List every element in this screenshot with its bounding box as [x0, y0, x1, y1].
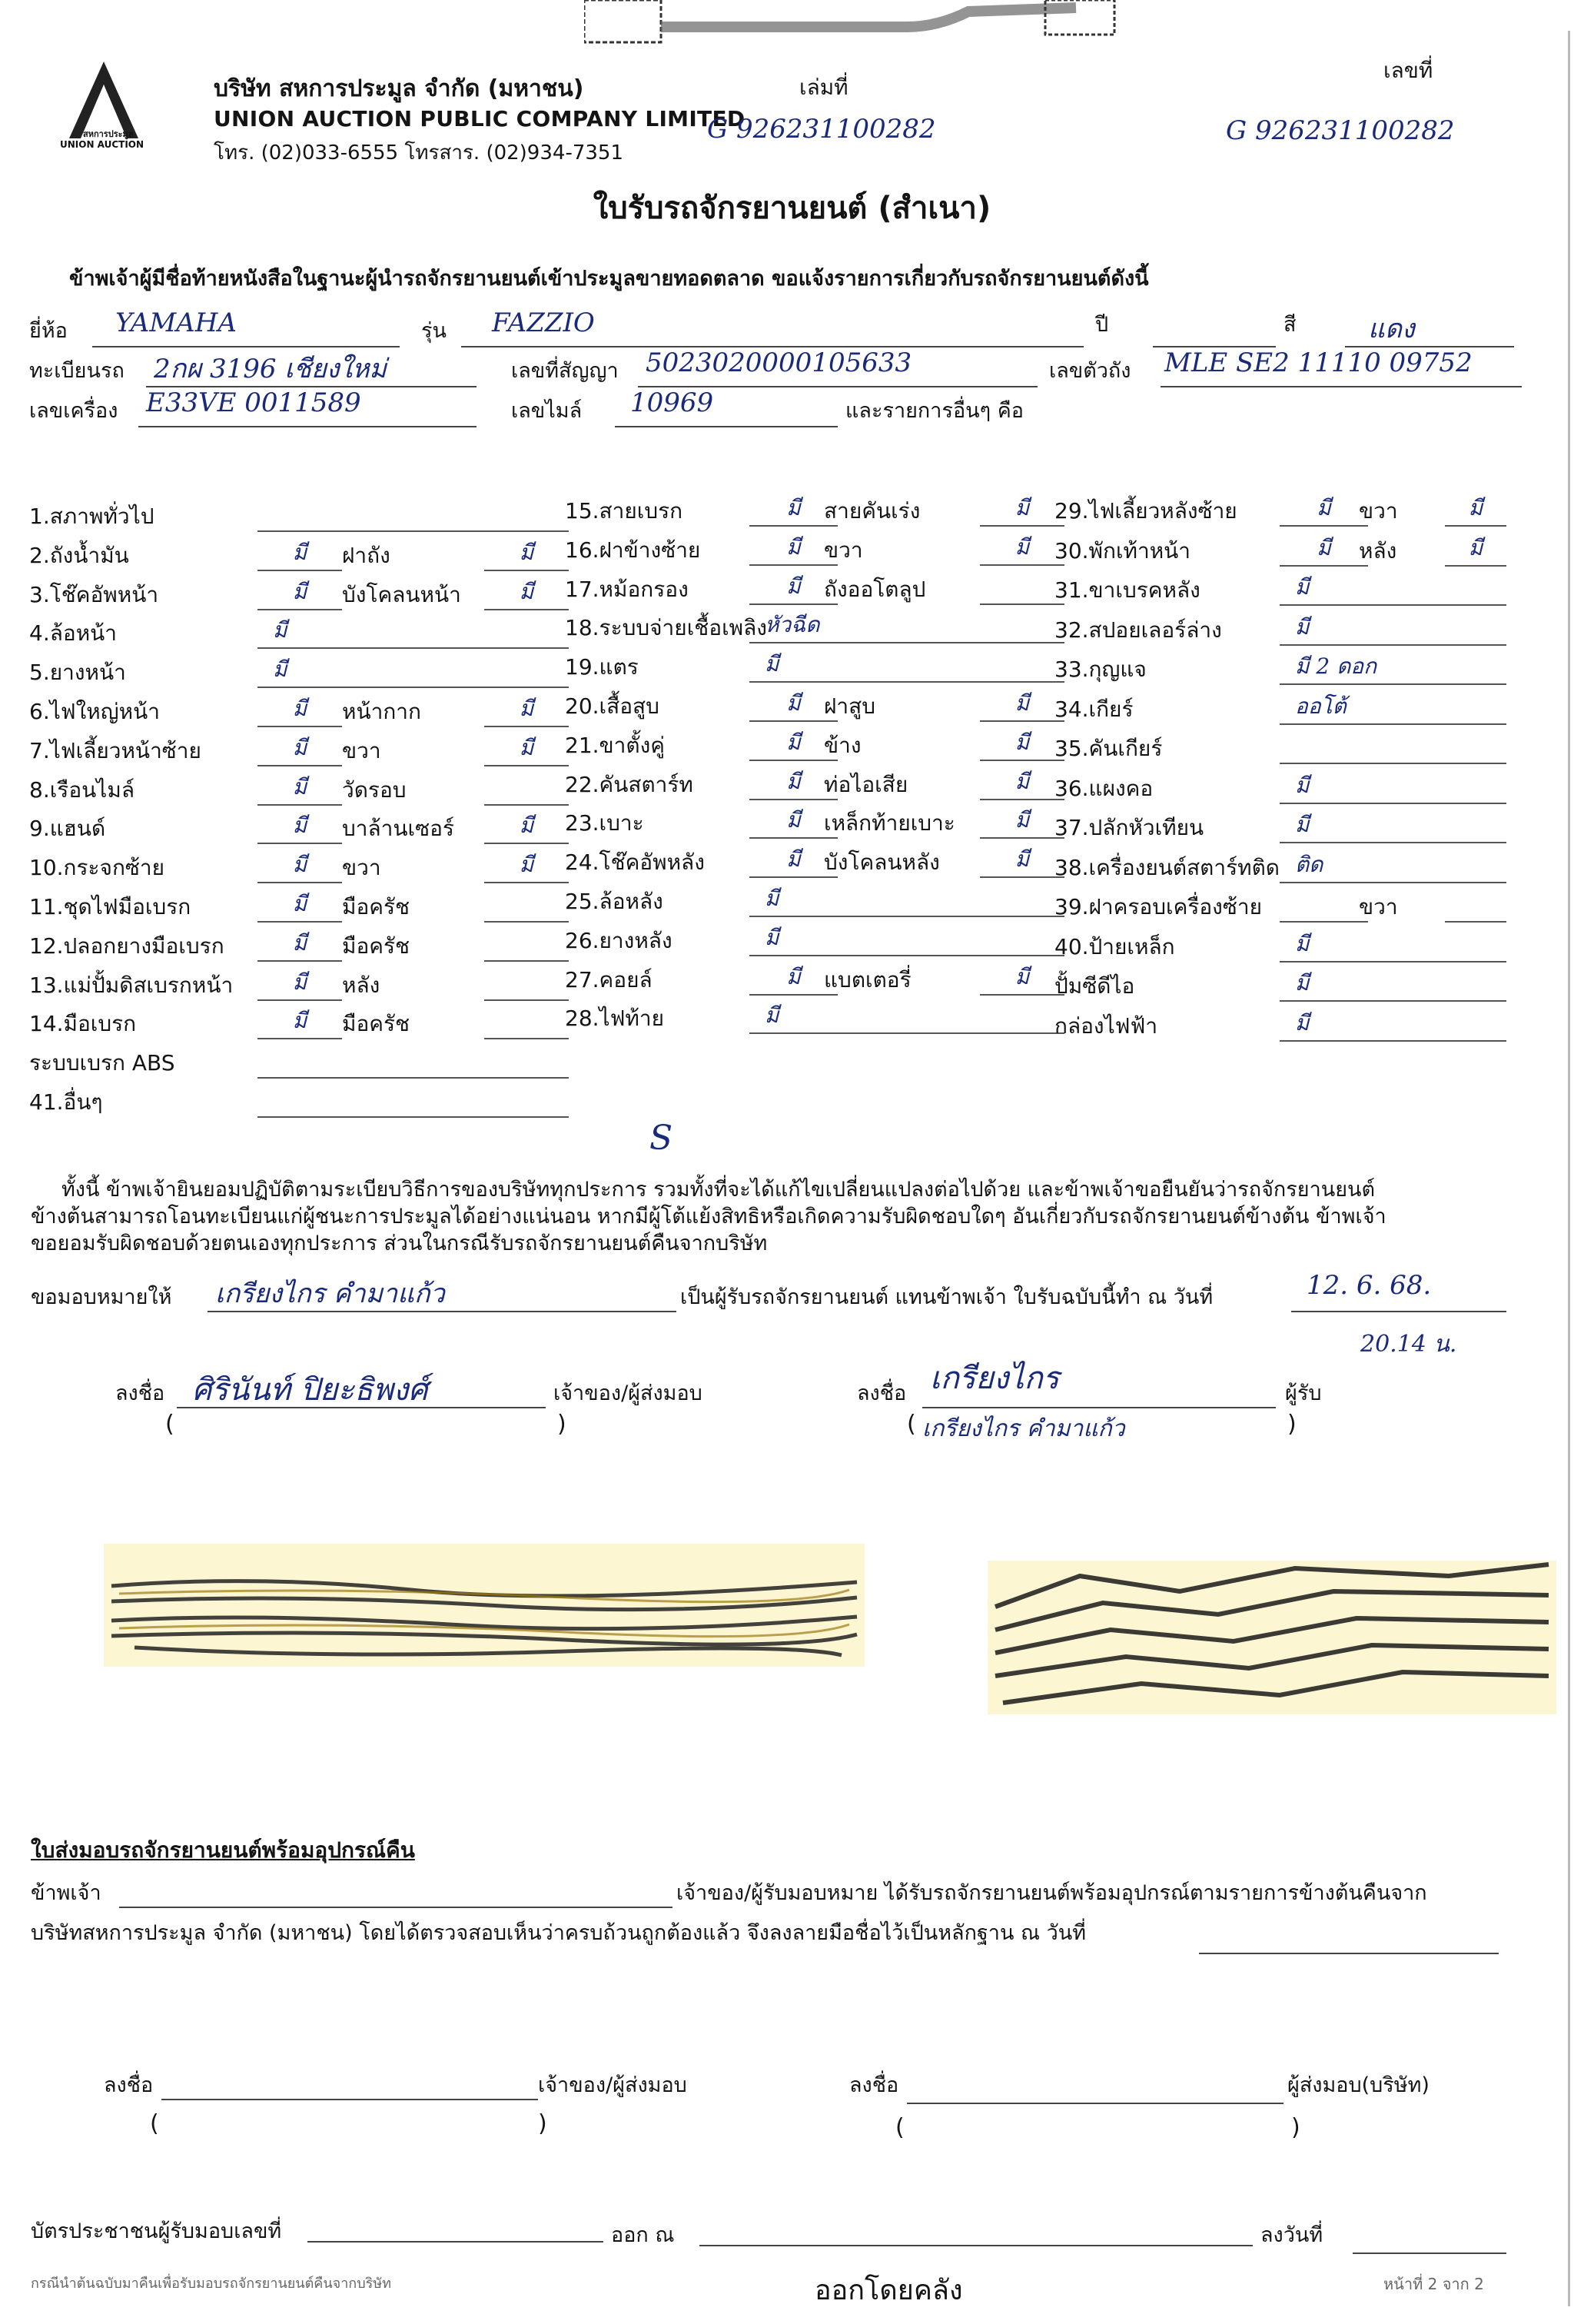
- receiver-name-close-paren: ): [1287, 1411, 1297, 1438]
- contract-label: เลขที่สัญญา: [511, 354, 619, 387]
- model-value[interactable]: FAZZIO: [492, 308, 595, 338]
- checklist-subitem-value[interactable]: มี: [980, 765, 1064, 799]
- checklist-item-line: [257, 570, 342, 571]
- checklist-item-line: [1280, 683, 1506, 685]
- checklist-item-line: [1280, 604, 1506, 606]
- owner-sign-label: ลงชื่อ: [115, 1376, 164, 1409]
- checklist-item-value[interactable]: มี: [1280, 808, 1522, 842]
- checklist-item-label: 24.โช๊คอัพหลัง: [565, 846, 705, 879]
- checklist-item-line: [749, 955, 1064, 956]
- checklist-item-label: 1.สภาพทั่วไป: [29, 500, 154, 534]
- checklist-item-value[interactable]: มี: [257, 613, 584, 647]
- checklist-subitem-label: มือครัช: [342, 929, 410, 963]
- plate-value[interactable]: 2กผ 3196 เชียงใหม่: [154, 347, 387, 389]
- checklist-item-line: [257, 609, 342, 610]
- checklist-item-label: 10.กระจกซ้าย: [29, 851, 164, 885]
- checklist-subitem-value[interactable]: มี: [484, 809, 569, 843]
- return-line1-prefix: ข้าพเจ้า: [31, 1876, 101, 1909]
- engine-value[interactable]: E33VE 0011589: [146, 387, 361, 418]
- checklist-item-label: 23.เบาะ: [565, 806, 644, 840]
- checklist-item-label: 21.ขาตั้งคู่: [565, 729, 665, 763]
- checklist-item-line: [257, 999, 342, 1001]
- checklist-subitem-line: [1445, 921, 1506, 923]
- checklist-item-line: [1280, 1040, 1506, 1042]
- declaration-line-2: ข้างต้นสามารถโอนทะเบียนแก่ผู้ชนะการประมู…: [31, 1203, 1552, 1230]
- checklist-item-label: 15.สายเบรก: [565, 494, 682, 528]
- color-label: สี: [1283, 308, 1296, 341]
- checklist-item-line: [1280, 644, 1506, 646]
- checklist-item-label: 22.คันสตาร์ท: [565, 768, 693, 802]
- checklist-item-label: 32.สปอยเลอร์ล่าง: [1054, 613, 1222, 647]
- checklist-item-label: 20.เสื้อสูบ: [565, 690, 659, 723]
- checklist-subitem-line: [484, 570, 569, 571]
- checklist-subitem-line: [980, 564, 1064, 566]
- checklist-item-label: 13.แม่ปั้มดิสเบรกหน้า: [29, 969, 233, 1002]
- declaration-paragraph: ทั้งนี้ ข้าพเจ้ายินยอมปฏิบัติตามระเบียบว…: [31, 1176, 1552, 1257]
- intro-statement: ข้าพเจ้าผู้มีชื่อท้ายหนังสือในฐานะผู้นำร…: [69, 261, 1149, 294]
- checklist-item-label: 37.ปลักหัวเทียน: [1054, 811, 1204, 845]
- receiver-role: ผู้รับ: [1285, 1376, 1321, 1409]
- page-number: หน้าที่ 2 จาก 2: [1383, 2272, 1484, 2296]
- checklist-subitem-label: ถังออโตลูป: [824, 573, 925, 607]
- checklist-item-value[interactable]: มี: [749, 647, 1080, 681]
- checklist-item-label: ปั้มซีดีไอ: [1054, 969, 1134, 1003]
- checklist-subitem-line: [484, 765, 569, 766]
- declaration-line-1: ทั้งนี้ ข้าพเจ้ายินยอมปฏิบัติตามระเบียบว…: [31, 1176, 1552, 1203]
- document-number-value: G 926231100282: [1226, 115, 1455, 146]
- checklist-subitem-line: [980, 720, 1064, 722]
- checklist-subitem-label: บังโคลนหลัง: [824, 846, 940, 879]
- company-contact: โทร. (02)033-6555 โทรสาร. (02)934-7351: [214, 137, 623, 168]
- checklist-item-line: [257, 843, 342, 844]
- checklist-subitem-label: ขวา: [1359, 890, 1398, 924]
- checklist-item-label: ระบบเบรก ABS: [29, 1046, 175, 1080]
- checklist-subitem-line: [484, 960, 569, 962]
- footer-note: กรณีนำต้นฉบับมาคืนเพื่อรับมอบรถจักรยานยน…: [31, 2272, 391, 2294]
- checklist-subitem-line: [484, 843, 569, 844]
- checklist-item-label: 27.คอยล์: [565, 963, 653, 997]
- checklist-item-label: 19.แตร: [565, 650, 639, 684]
- checklist-subitem-line: [484, 882, 569, 883]
- checklist-subitem-value[interactable]: มี: [980, 687, 1064, 720]
- checklist-item-label: 38.เครื่องยนต์สตาร์ทติด: [1054, 851, 1280, 885]
- checklist-item-line: [257, 765, 342, 766]
- checklist-item-value[interactable]: มี: [257, 809, 342, 843]
- checklist-item-label: 18.ระบบจ่ายเชื้อเพลิง: [565, 611, 767, 645]
- checklist-item-value[interactable]: มี: [1280, 769, 1522, 803]
- checklist-item-line: [749, 681, 1064, 683]
- checklist-item-line: [257, 726, 342, 727]
- checklist-subitem-value[interactable]: มี: [484, 692, 569, 726]
- checklist-subitem-value[interactable]: มี: [980, 803, 1064, 837]
- checklist-item-value[interactable]: มี: [257, 575, 342, 609]
- checklist-subitem-label: หลัง: [342, 969, 380, 1002]
- checklist-item-label: 35.คันเกียร์: [1054, 732, 1162, 766]
- checklist-item-value[interactable]: มี: [1280, 927, 1522, 961]
- checklist-subitem-line: [1445, 525, 1506, 527]
- return-owner-sign-label: ลงชื่อ: [104, 2068, 153, 2101]
- checklist-subitem-value[interactable]: มี: [980, 491, 1064, 525]
- checklist-subitem-line: [980, 994, 1064, 996]
- checklist-subitem-line: [980, 799, 1064, 800]
- checklist-item-line: [749, 916, 1064, 917]
- checklist-item-line: [1280, 763, 1506, 764]
- logo-text-en: UNION AUCTION: [60, 139, 144, 150]
- checklist-subitem-value[interactable]: มี: [980, 960, 1064, 994]
- book-number-label: เล่มที่: [799, 71, 848, 105]
- return-owner-role: เจ้าของ/ผู้ส่งมอบ: [538, 2068, 687, 2101]
- checklist-subitem-value[interactable]: มี: [484, 848, 569, 882]
- checklist-subitem-value[interactable]: มี: [980, 843, 1064, 876]
- checklist-item-value[interactable]: มี: [257, 887, 342, 921]
- checklist-item-value[interactable]: มี: [749, 882, 1080, 916]
- checklist-subitem-value[interactable]: มี: [1445, 531, 1506, 565]
- receiver-printed-name[interactable]: เกรียงไกร คำมาแก้ว: [922, 1411, 1125, 1447]
- checklist-item-label: 25.ล้อหลัง: [565, 885, 663, 919]
- checklist-item-label: 3.โช๊คอัพหน้า: [29, 578, 158, 612]
- checklist-item-line: [257, 687, 569, 688]
- checklist-subitem-line: [980, 525, 1064, 527]
- receiver-sign-label: ลงชื่อ: [857, 1376, 906, 1409]
- checklist-item-value[interactable]: มี: [257, 731, 342, 765]
- checklist-item-label: 40.ป้ายเหล็ก: [1054, 930, 1175, 964]
- receiver-name-open-paren: (: [907, 1411, 916, 1438]
- checklist-item-label: 9.แฮนด์: [29, 812, 105, 846]
- checklist-item-label: 16.ฝาข้างซ้าย: [565, 534, 700, 567]
- return-company-close-paren: ): [1291, 2114, 1300, 2141]
- other-items-label: และรายการอื่นๆ คือ: [845, 394, 1024, 427]
- binder-clip-artifact: [584, 0, 1137, 46]
- checklist-subitem-line: [484, 921, 569, 923]
- checklist-subitem-value[interactable]: มี: [484, 731, 569, 765]
- checklist-item-value[interactable]: มี: [1280, 570, 1522, 604]
- checklist-item-label: 14.มือเบรก: [29, 1007, 136, 1041]
- checklist-item-line: [1280, 723, 1506, 725]
- issued-at-label: ออก ณ: [611, 2218, 674, 2251]
- checklist-item-value[interactable]: ติด: [1280, 848, 1522, 882]
- checklist-item-value[interactable]: มี: [749, 921, 1080, 955]
- checklist-item-line: [1280, 565, 1368, 567]
- checklist-item-label: 33.กุญแจ: [1054, 653, 1147, 687]
- mileage-value[interactable]: 10969: [630, 387, 713, 418]
- return-company-sign-label: ลงชื่อ: [849, 2068, 898, 2101]
- company-logo: สหการประมูล UNION AUCTION: [54, 58, 169, 158]
- checklist-subitem-label: ขวา: [824, 534, 863, 567]
- owner-role: เจ้าของ/ผู้ส่งมอบ: [553, 1376, 702, 1409]
- checklist-item-label: 34.เกียร์: [1054, 693, 1134, 726]
- return-line2: บริษัทสหการประมูล จำกัด (มหาชน) โดยได้ตร…: [31, 1916, 1086, 1949]
- checklist-item-value[interactable]: มี: [257, 653, 584, 687]
- plate-label: ทะเบียนรถ: [29, 354, 125, 387]
- receiver-text: เป็นผู้รับรถจักรยานยนต์ แทนข้าพเจ้า ใบรั…: [680, 1280, 1213, 1313]
- checklist-item-label: 41.อื่นๆ: [29, 1086, 103, 1119]
- checklist-subitem-label: ขวา: [342, 851, 381, 885]
- checklist-subitem-label: เหล็กท้ายเบาะ: [824, 806, 955, 840]
- owner-name-close-paren: ): [557, 1411, 566, 1438]
- return-section-title: ใบส่งมอบรถจักรยานยนต์พร้อมอุปกรณ์คืน: [31, 1834, 415, 1867]
- checklist-subitem-label: ฝาสูบ: [824, 690, 875, 723]
- checklist-item-line: [749, 1032, 1064, 1034]
- checklist-subitem-label: บังโคลนหน้า: [342, 578, 461, 612]
- owner-name-open-paren: (: [165, 1411, 174, 1438]
- chassis-value[interactable]: MLE SE2 11110 09752: [1164, 347, 1473, 378]
- checklist-subitem-label: ขวา: [342, 734, 381, 768]
- checklist-item-line: [257, 921, 342, 923]
- checklist-item-value[interactable]: มี: [1280, 966, 1522, 1000]
- checklist-subitem-value[interactable]: มี: [980, 530, 1064, 564]
- checklist-subitem-line: [484, 609, 569, 610]
- checklist-subitem-line: [980, 603, 1064, 605]
- checklist-item-label: 2.ถังน้ำมัน: [29, 539, 129, 573]
- checklist-item-label: 29.ไฟเลี้ยวหลังซ้าย: [1054, 494, 1237, 528]
- checklist-subitem-label: หน้ากาก: [342, 695, 421, 729]
- checklist-subitem-line: [980, 876, 1064, 878]
- checklist-subitem-label: มือครัช: [342, 890, 410, 924]
- checklist-item-label: 5.ยางหน้า: [29, 656, 126, 690]
- checklist-item-line: [1280, 1000, 1506, 1002]
- year-label: ปี: [1095, 308, 1108, 341]
- checklist-item-label: 6.ไฟใหญ่หน้า: [29, 695, 160, 729]
- checklist-item-line: [257, 804, 342, 806]
- receiver-signature[interactable]: เกรียงไกร: [930, 1353, 1059, 1402]
- checklist-item-line: [1280, 921, 1368, 923]
- engine-number-rubbing: [988, 1561, 1556, 1714]
- checklist-subitem-value[interactable]: มี: [980, 726, 1064, 760]
- checklist-item-value[interactable]: มี: [257, 966, 342, 999]
- chassis-label: เลขตัวถัง: [1049, 354, 1131, 387]
- checklist-item-line: [1280, 961, 1506, 963]
- return-company-open-paren: (: [895, 2114, 905, 2141]
- checklist-item-line: [257, 647, 569, 649]
- model-label: รุ่น: [421, 314, 447, 347]
- checklist-item-label: 26.ยางหลัง: [565, 924, 672, 958]
- checklist-subitem-label: ฝาถัง: [342, 539, 390, 573]
- checklist-item-line: [1280, 803, 1506, 804]
- contract-value[interactable]: 5023020000105633: [646, 347, 912, 378]
- checklist-subitem-label: ข้าง: [824, 729, 862, 763]
- issued-by: ออกโดยคลัง: [815, 2268, 963, 2312]
- checklist-item-label: 31.ขาเบรคหลัง: [1054, 574, 1200, 607]
- checklist-item-value[interactable]: มี: [257, 536, 342, 570]
- checklist-item-label: 28.ไฟท้าย: [565, 1002, 664, 1036]
- checklist-item-line: [257, 1077, 569, 1079]
- checklist-item-line: [257, 882, 342, 883]
- id-card-label: บัตรประชาชนผู้รับมอบเลขที่: [31, 2214, 281, 2247]
- checklist-subitem-label: วัดรอบ: [342, 773, 407, 807]
- authorize-label: ขอมอบหมายให้: [31, 1280, 171, 1313]
- checklist-subitem-line: [980, 837, 1064, 839]
- receipt-date[interactable]: 12. 6. 68.: [1307, 1270, 1431, 1301]
- checklist-subitem-label: หลัง: [1359, 534, 1396, 568]
- book-number-value: G 926231100282: [707, 114, 936, 145]
- checklist-item-value[interactable]: มี: [257, 848, 342, 882]
- engine-label: เลขเครื่อง: [29, 394, 118, 427]
- chassis-number-rubbing: [104, 1544, 865, 1667]
- company-name-en: UNION AUCTION PUBLIC COMPANY LIMITED: [214, 106, 745, 131]
- company-name-th: บริษัท สหการประมูล จำกัด (มหาชน): [214, 71, 583, 107]
- checklist-item-label: 17.หม้อกรอง: [565, 573, 689, 607]
- checklist-item-label: 8.เรือนไมล์: [29, 773, 134, 807]
- declaration-line-3: ขอยอมรับผิดชอบด้วยตนเองทุกประการ ส่วนในก…: [31, 1230, 1552, 1257]
- checklist-item-label: 12.ปลอกยางมือเบรก: [29, 929, 224, 963]
- checklist-item-label: 30.พักเท้าหน้า: [1054, 534, 1190, 568]
- checklist-item-label: 11.ชุดไฟมือเบรก: [29, 890, 191, 924]
- checklist-subitem-value[interactable]: มี: [484, 536, 569, 570]
- return-date-label: ลงวันที่: [1260, 2218, 1323, 2251]
- checklist-subitem-label: ท่อไอเสีย: [824, 768, 908, 802]
- checklist-item-value[interactable]: มี: [1280, 491, 1368, 525]
- checklist-item-line: [749, 642, 1064, 643]
- checklist-subitem-line: [484, 726, 569, 727]
- checklist-item-label: 4.ล้อหน้า: [29, 617, 117, 650]
- checklist-subitem-label: ขวา: [1359, 494, 1398, 528]
- checklist-item-label: 36.แผงคอ: [1054, 772, 1153, 806]
- return-owner-open-paren: (: [150, 2110, 159, 2137]
- checklist-item-line: [257, 1038, 342, 1039]
- brand-label: ยี่ห้อ: [29, 314, 68, 347]
- checklist-item-value[interactable]: มี: [257, 692, 342, 726]
- document-number-label: เลขที่: [1383, 54, 1433, 88]
- checklist-item-line: [1280, 842, 1506, 843]
- scan-edge: [1568, 31, 1570, 2306]
- checklist-item-value[interactable]: มี: [1280, 531, 1368, 565]
- return-owner-close-paren: ): [538, 2110, 547, 2137]
- brand-value[interactable]: YAMAHA: [115, 308, 237, 338]
- checklist-subitem-line: [980, 760, 1064, 761]
- return-company-role: ผู้ส่งมอบ(บริษัท): [1287, 2068, 1430, 2101]
- checklist-subitem-line: [484, 999, 569, 1001]
- checklist-item-value[interactable]: มี: [1280, 610, 1522, 644]
- checklist-item-value[interactable]: ออโต้: [1280, 690, 1522, 723]
- color-value[interactable]: แดง: [1368, 308, 1415, 349]
- checklist-item-label: 39.ฝาครอบเครื่องซ้าย: [1054, 890, 1262, 924]
- checklist-item-line: [257, 960, 342, 962]
- checklist-item-value[interactable]: หัวฉีด: [749, 608, 1080, 642]
- checklist-subitem-label: บาล้านเซอร์: [342, 812, 454, 846]
- checklist-subitem-value[interactable]: มี: [484, 575, 569, 609]
- checklist-item-line: [1280, 525, 1368, 527]
- checklist-subitem-label: สายคันเร่ง: [824, 494, 920, 528]
- checklist-item-label: กล่องไฟฟ้า: [1054, 1009, 1157, 1043]
- checklist-item-line: [1280, 882, 1506, 883]
- checklist-item-value[interactable]: มี: [257, 926, 342, 960]
- mileage-label: เลขไมล์: [511, 394, 582, 427]
- checklist-item-value[interactable]: มี: [257, 770, 342, 804]
- checklist-item-value[interactable]: มี: [1280, 1006, 1522, 1040]
- checklist-item-value[interactable]: มี: [749, 999, 1080, 1032]
- receipt-time: 20.14 น.: [1360, 1326, 1456, 1362]
- document-title: ใบรับรถจักรยานยนต์ (สำเนา): [0, 183, 1584, 232]
- return-line1-suffix: เจ้าของ/ผู้รับมอบหมาย ได้รับรถจักรยานยนต…: [676, 1876, 1427, 1909]
- checklist-subitem-label: แบตเตอรี่: [824, 963, 912, 997]
- checklist-item-value[interactable]: มี: [257, 1004, 342, 1038]
- checklist-subitem-line: [484, 804, 569, 806]
- other-mark: S: [649, 1119, 672, 1158]
- checklist-subitem-value[interactable]: มี: [1445, 491, 1506, 525]
- checklist-item-label: 7.ไฟเลี้ยวหน้าซ้าย: [29, 734, 201, 768]
- checklist-subitem-label: มือครัช: [342, 1007, 410, 1041]
- checklist-item-line: [257, 530, 569, 532]
- checklist-subitem-line: [484, 1038, 569, 1039]
- checklist-subitem-line: [1445, 565, 1506, 567]
- authorize-value[interactable]: เกรียงไกร คำมาแก้ว: [215, 1272, 445, 1314]
- checklist-item-line: [257, 1116, 569, 1118]
- checklist-item-value[interactable]: มี 2 ดอก: [1280, 650, 1522, 683]
